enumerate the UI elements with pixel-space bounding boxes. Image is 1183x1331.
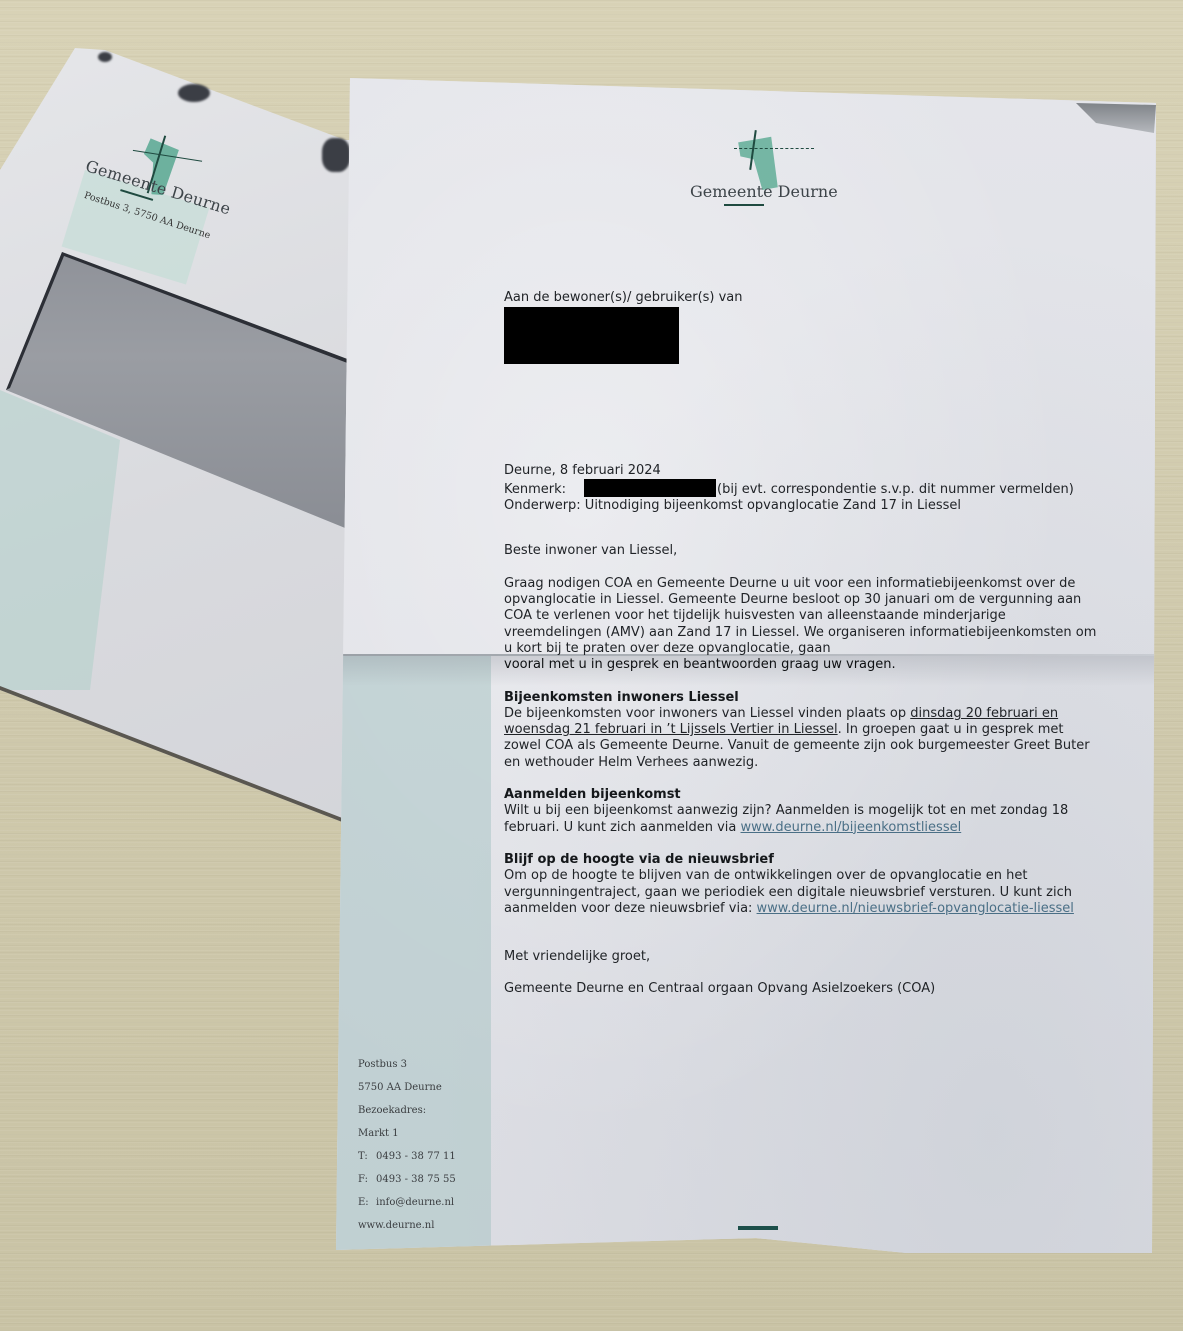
addressee-line: Aan de bewoner(s)/ gebruiker(s) van: [504, 290, 1104, 306]
contact-website: www.deurne.nl: [358, 1214, 456, 1237]
email-label: E:: [358, 1191, 376, 1214]
logo-underline: [724, 204, 764, 206]
section-heading-newsletter: Blijf op de hoogte via de nieuwsbrief: [504, 852, 1104, 868]
intro-last-line: vooral met u in gesprek en beantwoorden …: [504, 657, 896, 672]
contact-fax: F:0493 - 38 75 55: [358, 1168, 456, 1191]
section-text-meetings: De bijeenkomsten voor inwoners van Liess…: [504, 706, 1104, 771]
section-heading-register: Aanmelden bijeenkomst: [504, 787, 1104, 803]
contact-visit-address: Markt 1: [358, 1122, 456, 1145]
newsletter-link[interactable]: www.deurne.nl/nieuwsbrief-opvanglocatie-…: [757, 901, 1074, 916]
section-heading-meetings: Bijeenkomsten inwoners Liessel: [504, 690, 1104, 706]
section-text-newsletter: Om op de hoogte te blijven van de ontwik…: [504, 868, 1104, 917]
envelope: Gemeente Deurne Postbus 3, 5750 AA Deurn…: [0, 0, 360, 840]
email-address: info@deurne.nl: [376, 1197, 454, 1208]
letter: Gemeente Deurne Aan de bewoner(s)/ gebru…: [336, 78, 1156, 1253]
letter-body: Aan de bewoner(s)/ gebruiker(s) van Deur…: [504, 290, 1104, 998]
contact-visit-label: Bezoekadres:: [358, 1099, 456, 1122]
kenmerk-line: Kenmerk:(bij evt. correspondentie s.v.p.…: [504, 479, 1104, 498]
torn-hole: [98, 52, 112, 62]
letter-logo: Gemeente Deurne: [690, 130, 840, 210]
contact-block: Postbus 3 5750 AA Deurne Bezoekadres: Ma…: [358, 1053, 456, 1237]
salutation: Beste inwoner van Liessel,: [504, 543, 1104, 559]
fax-number: 0493 - 38 75 55: [376, 1174, 456, 1185]
intro-paragraph: Graag nodigen COA en Gemeente Deurne u u…: [504, 576, 1104, 674]
letter-logo-text: Gemeente Deurne: [690, 182, 838, 201]
intro-text: Graag nodigen COA en Gemeente Deurne u u…: [504, 576, 1096, 656]
closing: Met vriendelijke groet,: [504, 949, 1104, 965]
phone-number: 0493 - 38 77 11: [376, 1151, 456, 1162]
subject-line: Onderwerp: Uitnodiging bijeenkomst opvan…: [504, 498, 1104, 514]
phone-label: T:: [358, 1145, 376, 1168]
signature: Gemeente Deurne en Centraal orgaan Opvan…: [504, 981, 1104, 997]
contact-postcode: 5750 AA Deurne: [358, 1076, 456, 1099]
torn-hole: [322, 138, 350, 172]
logo-line: [734, 148, 814, 150]
torn-hole: [178, 84, 210, 102]
section-text: De bijeenkomsten voor inwoners van Liess…: [504, 706, 910, 721]
kenmerk-note: (bij evt. correspondentie s.v.p. dit num…: [717, 482, 1074, 497]
register-link[interactable]: www.deurne.nl/bijeenkomstliessel: [741, 820, 962, 835]
page-marker: [738, 1226, 778, 1230]
contact-phone: T:0493 - 38 77 11: [358, 1145, 456, 1168]
place-date: Deurne, 8 februari 2024: [504, 463, 1104, 479]
redacted-reference: [584, 479, 716, 497]
fax-label: F:: [358, 1168, 376, 1191]
contact-email: E:info@deurne.nl: [358, 1191, 456, 1214]
kenmerk-label: Kenmerk:: [504, 482, 566, 497]
redacted-address: [504, 307, 679, 364]
section-text-register: Wilt u bij een bijeenkomst aanwezig zijn…: [504, 803, 1104, 836]
contact-postbus: Postbus 3: [358, 1053, 456, 1076]
